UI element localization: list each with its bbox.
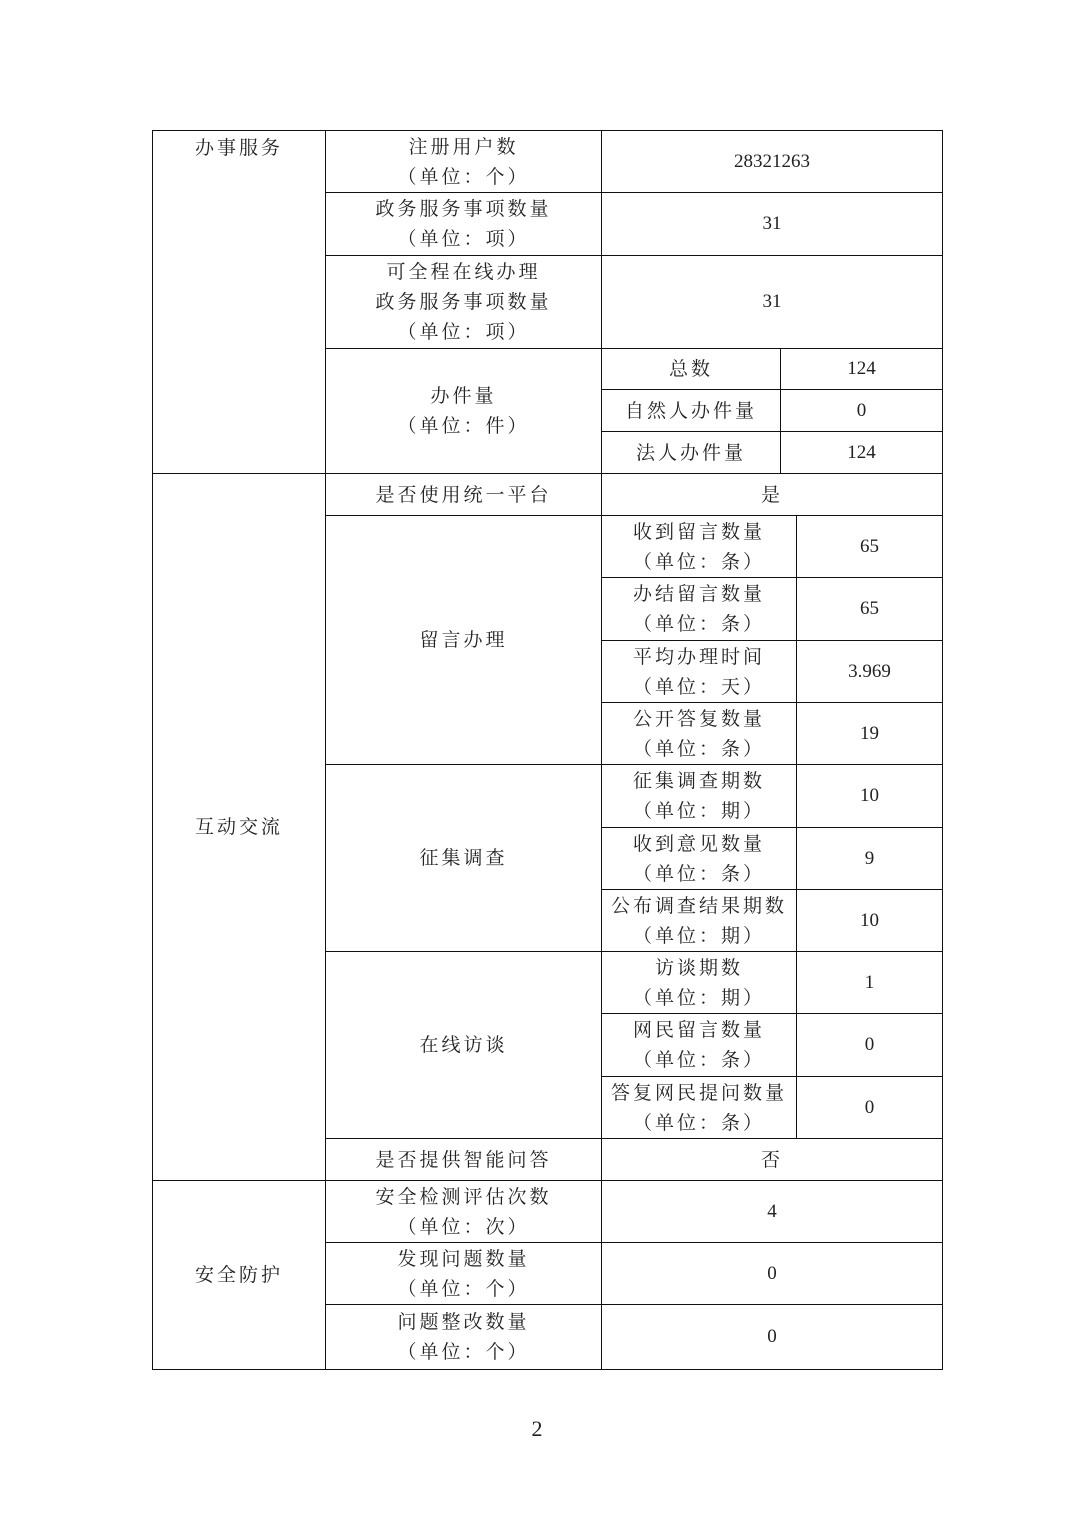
sub-row-label: 访谈期数: [655, 953, 743, 983]
sub-row-unit: （单位：期）: [633, 796, 765, 826]
group-label: 征集调查: [419, 843, 507, 873]
surveys-label-cell: 征集调查: [325, 764, 602, 952]
interviews-replies-value-cell: 0: [796, 1076, 943, 1139]
sub-row-value: 10: [860, 906, 879, 936]
sub-row-value: 3.969: [848, 657, 891, 687]
interviews-netizen-messages-label-cell: 网民留言数量 （单位：条）: [601, 1013, 797, 1077]
sub-row-value: 19: [860, 719, 879, 749]
sub-row-unit: （单位：条）: [633, 1108, 765, 1138]
cases-total-value-cell: 124: [780, 348, 943, 390]
surveys-opinions-value-cell: 9: [796, 827, 943, 890]
row-value: 31: [763, 287, 782, 317]
section-title: 办事服务: [195, 133, 283, 163]
messages-avg-time-value-cell: 3.969: [796, 640, 943, 703]
messages-closed-label-cell: 办结留言数量 （单位：条）: [601, 577, 797, 641]
sub-row-value: 10: [860, 781, 879, 811]
service-items-value-cell: 31: [601, 192, 943, 256]
messages-closed-value-cell: 65: [796, 577, 943, 641]
row-label: 问题整改数量: [397, 1307, 529, 1337]
row-value: 0: [767, 1259, 777, 1289]
row-unit: （单位：件）: [397, 411, 529, 441]
cases-legal-person-value-cell: 124: [780, 431, 943, 474]
messages-label-cell: 留言办理: [325, 515, 602, 765]
row-label: 安全检测评估次数: [375, 1182, 551, 1212]
sub-row-label: 总数: [669, 354, 713, 384]
cases-total-label-cell: 总数: [601, 348, 781, 390]
row-label: 发现问题数量: [397, 1244, 529, 1274]
row-value: 28321263: [734, 147, 810, 177]
unified-platform-value-cell: 是: [601, 473, 943, 516]
sub-row-unit: （单位：期）: [633, 921, 765, 951]
security-issues-fixed-value-cell: 0: [601, 1304, 943, 1370]
security-issues-found-value-cell: 0: [601, 1242, 943, 1305]
sub-row-unit: （单位：条）: [633, 859, 765, 889]
interviews-netizen-messages-value-cell: 0: [796, 1013, 943, 1077]
interviews-replies-label-cell: 答复网民提问数量 （单位：条）: [601, 1076, 797, 1139]
document-page: 办事服务 注册用户数 （单位：个） 28321263 政务服务事项数量 （单位：…: [0, 0, 1074, 1520]
group-label: 在线访谈: [419, 1030, 507, 1060]
registered-users-label-cell: 注册用户数 （单位：个）: [325, 130, 602, 193]
sub-row-label: 收到留言数量: [633, 517, 765, 547]
sub-row-value: 65: [860, 532, 879, 562]
interviews-periods-label-cell: 访谈期数 （单位：期）: [601, 951, 797, 1014]
service-items-label-cell: 政务服务事项数量 （单位：项）: [325, 192, 602, 256]
cases-natural-person-value-cell: 0: [780, 389, 943, 432]
sub-row-label: 法人办件量: [636, 438, 746, 468]
sub-row-value: 0: [865, 1093, 875, 1123]
sub-row-unit: （单位：条）: [633, 547, 765, 577]
surveys-periods-value-cell: 10: [796, 764, 943, 828]
group-label: 留言办理: [419, 625, 507, 655]
surveys-opinions-label-cell: 收到意见数量 （单位：条）: [601, 827, 797, 890]
sub-row-unit: （单位：条）: [633, 734, 765, 764]
row-unit: （单位：个）: [397, 1274, 529, 1304]
sub-row-value: 124: [847, 354, 876, 384]
row-value: 4: [767, 1197, 777, 1227]
sub-row-unit: （单位：条）: [633, 609, 765, 639]
security-assessments-value-cell: 4: [601, 1180, 943, 1243]
sub-row-label: 公开答复数量: [633, 704, 765, 734]
sub-row-value: 0: [865, 1030, 875, 1060]
surveys-results-label-cell: 公布调查结果期数 （单位：期）: [601, 889, 797, 952]
row-label: 政务服务事项数量: [375, 194, 551, 224]
row-unit: （单位：项）: [397, 317, 529, 347]
sub-row-label: 网民留言数量: [633, 1015, 765, 1045]
section-interaction-title-cell: 互动交流: [152, 473, 326, 1181]
row-label-line1: 可全程在线办理: [386, 257, 540, 287]
sub-row-label: 自然人办件量: [625, 396, 757, 426]
messages-received-value-cell: 65: [796, 515, 943, 578]
registered-users-value-cell: 28321263: [601, 130, 943, 193]
interviews-label-cell: 在线访谈: [325, 951, 602, 1139]
cases-natural-person-label-cell: 自然人办件量: [601, 389, 781, 432]
sub-row-unit: （单位：条）: [633, 1045, 765, 1075]
sub-row-value: 65: [860, 594, 879, 624]
sub-row-label: 公布调查结果期数: [611, 891, 787, 921]
row-value: 31: [763, 209, 782, 239]
row-label: 办件量: [430, 381, 496, 411]
sub-row-label: 办结留言数量: [633, 579, 765, 609]
smart-qa-label-cell: 是否提供智能问答: [325, 1138, 602, 1181]
online-items-value-cell: 31: [601, 255, 943, 349]
sub-row-unit: （单位：天）: [633, 672, 765, 702]
smart-qa-value-cell: 否: [601, 1138, 943, 1181]
row-label: 是否使用统一平台: [375, 480, 551, 510]
sub-row-label: 征集调查期数: [633, 766, 765, 796]
sub-row-value: 0: [857, 396, 867, 426]
sub-row-value: 124: [847, 438, 876, 468]
cases-label-cell: 办件量 （单位：件）: [325, 348, 602, 474]
row-label: 注册用户数: [408, 132, 518, 162]
page-number: 2: [0, 1416, 1074, 1442]
row-label: 是否提供智能问答: [375, 1145, 551, 1175]
section-security-title-cell: 安全防护: [152, 1180, 326, 1370]
security-issues-fixed-label-cell: 问题整改数量 （单位：个）: [325, 1304, 602, 1370]
sub-row-label: 平均办理时间: [633, 642, 765, 672]
surveys-periods-label-cell: 征集调查期数 （单位：期）: [601, 764, 797, 828]
surveys-results-value-cell: 10: [796, 889, 943, 952]
row-value: 0: [767, 1322, 777, 1352]
sub-row-value: 9: [865, 844, 875, 874]
security-issues-found-label-cell: 发现问题数量 （单位：个）: [325, 1242, 602, 1305]
unified-platform-label-cell: 是否使用统一平台: [325, 473, 602, 516]
section-title: 互动交流: [195, 812, 283, 842]
section-service-title-cell: 办事服务: [152, 130, 326, 474]
sub-row-value: 1: [865, 968, 875, 998]
row-unit: （单位：项）: [397, 224, 529, 254]
row-value: 是: [761, 480, 783, 510]
messages-public-replies-value-cell: 19: [796, 702, 943, 765]
sub-row-unit: （单位：期）: [633, 983, 765, 1013]
messages-received-label-cell: 收到留言数量 （单位：条）: [601, 515, 797, 578]
row-unit: （单位：次）: [397, 1212, 529, 1242]
cases-legal-person-label-cell: 法人办件量: [601, 431, 781, 474]
sub-row-label: 答复网民提问数量: [611, 1078, 787, 1108]
online-items-label-cell: 可全程在线办理 政务服务事项数量 （单位：项）: [325, 255, 602, 349]
row-label-line2: 政务服务事项数量: [375, 287, 551, 317]
interviews-periods-value-cell: 1: [796, 951, 943, 1014]
row-value: 否: [761, 1145, 783, 1175]
row-unit: （单位：个）: [397, 1337, 529, 1367]
messages-avg-time-label-cell: 平均办理时间 （单位：天）: [601, 640, 797, 703]
sub-row-label: 收到意见数量: [633, 829, 765, 859]
messages-public-replies-label-cell: 公开答复数量 （单位：条）: [601, 702, 797, 765]
row-unit: （单位：个）: [397, 162, 529, 192]
security-assessments-label-cell: 安全检测评估次数 （单位：次）: [325, 1180, 602, 1243]
section-title: 安全防护: [195, 1260, 283, 1290]
